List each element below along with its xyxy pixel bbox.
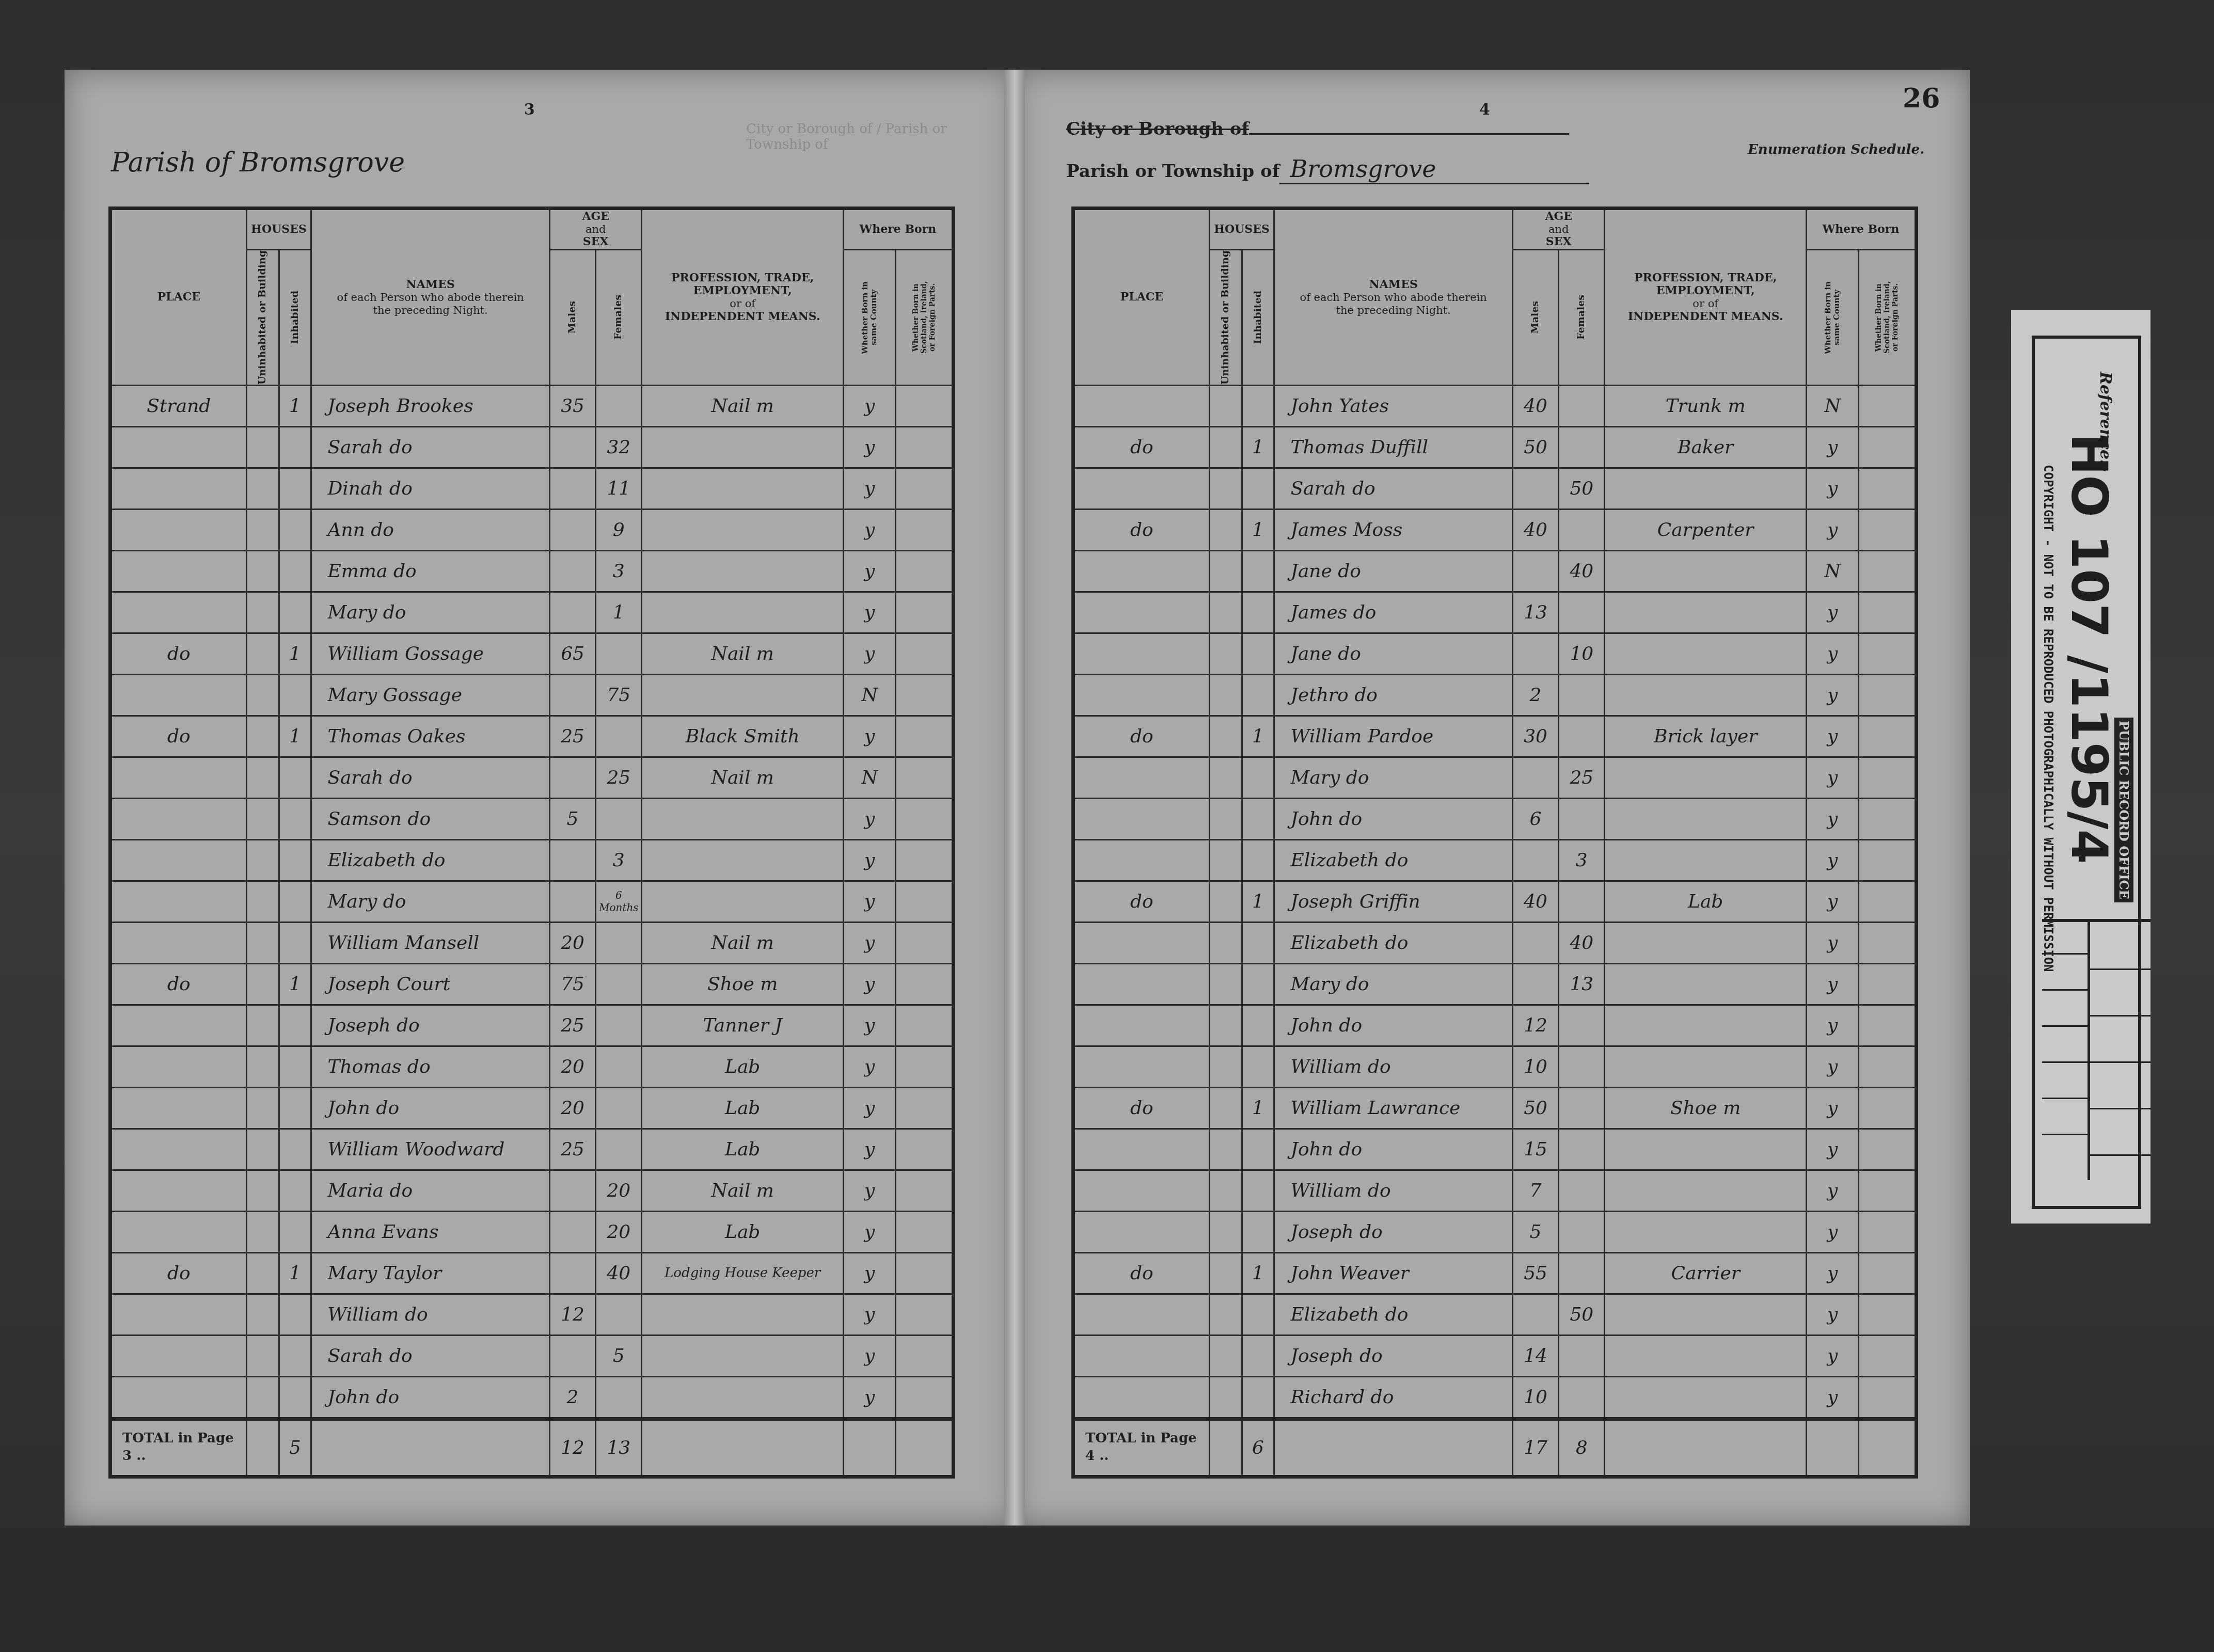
row-male-age: 12 — [1512, 1005, 1558, 1046]
col-born-abroad: Whether Born in Scotland, Ireland, or Fo… — [896, 249, 954, 385]
row-born-abroad — [896, 1170, 954, 1211]
row-uninhabited — [246, 922, 279, 963]
row-inhabited — [279, 592, 311, 633]
table-row: William do10y — [1073, 1046, 1917, 1087]
row-place — [1073, 1376, 1210, 1419]
row-profession — [642, 550, 843, 592]
row-female-age — [596, 1046, 642, 1087]
table-row: Elizabeth do3y — [1073, 839, 1917, 881]
row-name: William do — [1274, 1170, 1512, 1211]
row-name: William Gossage — [311, 633, 549, 674]
row-inhabited — [279, 1170, 311, 1211]
row-name: Joseph do — [311, 1005, 549, 1046]
col-where-born: Where Born — [843, 209, 953, 250]
row-place — [110, 509, 247, 550]
row-female-age — [596, 963, 642, 1005]
col-place: PLACE — [1073, 209, 1210, 386]
row-female-age — [1559, 1252, 1605, 1294]
row-place — [110, 798, 247, 839]
col-inhabited: Inhabited — [279, 249, 311, 385]
row-inhabited: 1 — [279, 633, 311, 674]
row-female-age — [1559, 385, 1605, 426]
row-male-age: 2 — [1512, 674, 1558, 716]
row-male-age: 35 — [549, 385, 595, 426]
uninhabited-label: Uninhabited or Building — [1220, 250, 1231, 385]
row-born-county: y — [843, 798, 895, 839]
row-male-age — [549, 839, 595, 881]
row-inhabited — [279, 1005, 311, 1046]
row-name: William Pardoe — [1274, 716, 1512, 757]
total-profession — [642, 1419, 843, 1476]
table-row: Emma do3y — [110, 550, 954, 592]
row-inhabited: 1 — [279, 716, 311, 757]
row-name: Sarah do — [311, 1335, 549, 1376]
row-born-abroad — [1859, 509, 1917, 550]
row-name: Emma do — [311, 550, 549, 592]
row-born-abroad — [896, 1294, 954, 1335]
row-profession: Nail m — [642, 757, 843, 798]
row-place — [110, 468, 247, 509]
row-inhabited — [279, 1376, 311, 1419]
row-place — [1073, 1294, 1210, 1335]
table-row: Jane do10y — [1073, 633, 1917, 674]
row-born-abroad — [896, 1376, 954, 1419]
row-inhabited — [1242, 592, 1274, 633]
row-place: do — [1073, 1252, 1210, 1294]
row-profession: Nail m — [642, 1170, 843, 1211]
total-label: TOTAL in Page 4 .. — [1073, 1419, 1210, 1476]
row-profession — [1605, 757, 1806, 798]
names-title: NAMES — [312, 278, 548, 291]
row-born-abroad — [1859, 550, 1917, 592]
table-row: Ann do9y — [110, 509, 954, 550]
females-label: Females — [613, 295, 624, 340]
row-inhabited — [279, 798, 311, 839]
census-table-right: PLACE HOUSES NAMESof each Person who abo… — [1071, 206, 1918, 1479]
row-profession — [1605, 592, 1806, 633]
row-uninhabited — [1209, 550, 1242, 592]
row-female-age: 50 — [1559, 468, 1605, 509]
row-born-abroad — [896, 426, 954, 468]
row-uninhabited — [246, 550, 279, 592]
row-female-age: 9 — [596, 509, 642, 550]
row-profession: Trunk m — [1605, 385, 1806, 426]
row-name: William Woodward — [311, 1129, 549, 1170]
row-profession — [1605, 1129, 1806, 1170]
row-male-age — [549, 592, 595, 633]
row-profession — [1605, 468, 1806, 509]
born-county-label: Whether Born in same County — [1824, 276, 1842, 359]
row-inhabited: 1 — [279, 1252, 311, 1294]
census-table-left: PLACE HOUSES NAMESof each Person who abo… — [108, 206, 955, 1479]
total-names — [311, 1419, 549, 1476]
row-profession: Lab — [642, 1046, 843, 1087]
table-row: Thomas do20Laby — [110, 1046, 954, 1087]
row-uninhabited — [1209, 592, 1242, 633]
row-female-age — [596, 633, 642, 674]
row-uninhabited — [246, 1294, 279, 1335]
table-row: Jane do40N — [1073, 550, 1917, 592]
row-male-age: 30 — [1512, 716, 1558, 757]
row-born-abroad — [1859, 1252, 1917, 1294]
row-born-abroad — [896, 922, 954, 963]
prof-line3: or of — [1605, 297, 1805, 310]
row-born-county: y — [843, 426, 895, 468]
row-name: Thomas do — [311, 1046, 549, 1087]
row-male-age — [549, 1252, 595, 1294]
row-male-age — [1512, 757, 1558, 798]
row-male-age: 10 — [1512, 1046, 1558, 1087]
row-inhabited — [279, 1335, 311, 1376]
col-place: PLACE — [110, 209, 247, 386]
row-born-abroad — [1859, 1129, 1917, 1170]
row-inhabited: 1 — [1242, 1087, 1274, 1129]
row-name: William do — [1274, 1046, 1512, 1087]
row-uninhabited — [246, 1129, 279, 1170]
total-uninhabited — [246, 1419, 279, 1476]
row-name: Joseph Court — [311, 963, 549, 1005]
row-male-age — [1512, 922, 1558, 963]
row-male-age: 50 — [1512, 426, 1558, 468]
males-label: Males — [1530, 301, 1541, 333]
row-female-age — [1559, 592, 1605, 633]
row-female-age: 50 — [1559, 1294, 1605, 1335]
row-male-age — [549, 426, 595, 468]
row-male-age — [549, 1170, 595, 1211]
row-inhabited — [1242, 468, 1274, 509]
row-uninhabited — [1209, 1170, 1242, 1211]
row-female-age — [596, 1129, 642, 1170]
row-born-county: y — [1806, 426, 1858, 468]
row-born-county: y — [1806, 963, 1858, 1005]
row-male-age: 20 — [549, 1046, 595, 1087]
row-place — [1073, 1335, 1210, 1376]
table-row: Richard do10y — [1073, 1376, 1917, 1419]
sex-label: SEX — [550, 235, 641, 248]
row-born-abroad — [1859, 633, 1917, 674]
row-inhabited — [1242, 1129, 1274, 1170]
row-name: Jethro do — [1274, 674, 1512, 716]
col-males: Males — [549, 249, 595, 385]
row-name: William Lawrance — [1274, 1087, 1512, 1129]
row-name: Mary do — [1274, 757, 1512, 798]
row-profession — [1605, 1211, 1806, 1252]
row-born-abroad — [896, 468, 954, 509]
row-born-abroad — [1859, 757, 1917, 798]
and-label: and — [550, 223, 641, 235]
row-male-age: 40 — [1512, 385, 1558, 426]
table-row: James do13y — [1073, 592, 1917, 633]
table-row: do1William Gossage65Nail my — [110, 633, 954, 674]
row-uninhabited — [1209, 674, 1242, 716]
ruler-tick — [2090, 1061, 2150, 1063]
row-uninhabited — [1209, 1046, 1242, 1087]
row-female-age — [596, 798, 642, 839]
row-profession — [642, 1294, 843, 1335]
row-name: Sarah do — [311, 426, 549, 468]
city-borough-line: City or Borough of — [1066, 119, 1569, 139]
row-born-county: N — [1806, 385, 1858, 426]
row-place — [1073, 633, 1210, 674]
row-born-county: y — [1806, 839, 1858, 881]
ruler-tick — [2042, 1025, 2088, 1027]
females-label: Females — [1576, 295, 1587, 340]
total-born — [843, 1419, 895, 1476]
inhabited-label: Inhabited — [1253, 291, 1264, 344]
row-inhabited: 1 — [1242, 716, 1274, 757]
row-inhabited: 1 — [1242, 1252, 1274, 1294]
row-profession — [1605, 1005, 1806, 1046]
prof-line4: INDEPENDENT MEANS. — [1605, 310, 1805, 323]
row-profession: Nail m — [642, 385, 843, 426]
row-female-age — [596, 922, 642, 963]
prof-line2: EMPLOYMENT, — [642, 284, 842, 297]
copyright-notice: COPYRIGHT - NOT TO BE REPRODUCED PHOTOGR… — [2041, 465, 2055, 972]
row-uninhabited — [1209, 1005, 1242, 1046]
names-sub1: of each Person who abode therein — [312, 291, 548, 304]
row-born-abroad — [1859, 1376, 1917, 1419]
row-born-county: y — [843, 633, 895, 674]
total-label: TOTAL in Page 3 .. — [110, 1419, 247, 1476]
row-place — [110, 1335, 247, 1376]
row-place — [110, 426, 247, 468]
row-female-age: 3 — [596, 839, 642, 881]
table-row: Anna Evans20Laby — [110, 1211, 954, 1252]
row-place — [110, 1170, 247, 1211]
row-profession — [1605, 633, 1806, 674]
prof-line3: or of — [642, 297, 842, 310]
row-born-abroad — [896, 1335, 954, 1376]
row-female-age: 13 — [1559, 963, 1605, 1005]
table-row: John Yates40Trunk mN — [1073, 385, 1917, 426]
ruler-tick — [2042, 1061, 2088, 1063]
row-male-age: 7 — [1512, 1170, 1558, 1211]
row-inhabited — [279, 881, 311, 922]
row-uninhabited — [1209, 1252, 1242, 1294]
row-name: Joseph Brookes — [311, 385, 549, 426]
row-born-county: y — [843, 1335, 895, 1376]
row-inhabited — [279, 1087, 311, 1129]
parish-value: Bromsgrove — [1279, 155, 1589, 184]
total-born-abroad — [896, 1419, 954, 1476]
total-males: 12 — [549, 1419, 595, 1476]
table-row: Samson do5y — [110, 798, 954, 839]
row-inhabited: 1 — [1242, 881, 1274, 922]
page-number: 3 — [524, 101, 535, 119]
total-born — [1806, 1419, 1858, 1476]
row-name: John do — [311, 1376, 549, 1419]
row-male-age: 15 — [1512, 1129, 1558, 1170]
row-born-county: y — [1806, 592, 1858, 633]
row-uninhabited — [246, 1335, 279, 1376]
born-abroad-label: Whether Born in Scotland, Ireland, or Fo… — [912, 276, 937, 359]
col-born-county: Whether Born in same County — [843, 249, 895, 385]
parish-line: Parish or Township ofBromsgrove — [1066, 155, 1589, 184]
row-profession — [642, 881, 843, 922]
row-name: Elizabeth do — [1274, 839, 1512, 881]
prof-line1: PROFESSION, TRADE, — [642, 272, 842, 284]
ruler-tick — [2042, 1134, 2088, 1135]
row-born-county: y — [1806, 674, 1858, 716]
row-born-county: y — [843, 922, 895, 963]
row-born-abroad — [896, 1005, 954, 1046]
row-female-age — [1559, 1005, 1605, 1046]
table-row: do1William Lawrance50Shoe my — [1073, 1087, 1917, 1129]
table-row: do1Joseph Court75Shoe my — [110, 963, 954, 1005]
row-male-age: 55 — [1512, 1252, 1558, 1294]
col-names: NAMESof each Person who abode thereinthe… — [1274, 209, 1512, 386]
row-inhabited — [279, 426, 311, 468]
row-born-county: y — [1806, 1252, 1858, 1294]
office-stamp: PUBLIC RECORD OFFICE — [2114, 718, 2133, 902]
ruler-tick — [2090, 1015, 2150, 1016]
row-inhabited — [1242, 839, 1274, 881]
row-name: Mary Gossage — [311, 674, 549, 716]
row-profession — [1605, 798, 1806, 839]
row-born-county: y — [843, 1046, 895, 1087]
row-born-county: y — [1806, 1294, 1858, 1335]
row-place — [1073, 674, 1210, 716]
row-place — [1073, 963, 1210, 1005]
row-profession: Shoe m — [1605, 1087, 1806, 1129]
row-profession: Baker — [1605, 426, 1806, 468]
ruler-tick — [2042, 1098, 2088, 1099]
row-male-age — [1512, 1294, 1558, 1335]
row-place — [1073, 1129, 1210, 1170]
row-place — [1073, 468, 1210, 509]
row-female-age — [1559, 674, 1605, 716]
table-row: William Mansell20Nail my — [110, 922, 954, 963]
row-name: John do — [1274, 1005, 1512, 1046]
row-inhabited — [1242, 1046, 1274, 1087]
row-uninhabited — [246, 592, 279, 633]
row-inhabited — [1242, 1376, 1274, 1419]
names-sub2: the preceding Night. — [312, 304, 548, 316]
city-label: City or Borough of — [1066, 119, 1249, 139]
row-uninhabited — [246, 716, 279, 757]
row-male-age: 25 — [549, 1129, 595, 1170]
row-born-abroad — [1859, 798, 1917, 839]
row-uninhabited — [246, 426, 279, 468]
row-inhabited — [279, 1129, 311, 1170]
row-inhabited — [1242, 385, 1274, 426]
row-uninhabited — [1209, 716, 1242, 757]
row-born-abroad — [896, 798, 954, 839]
total-row: TOTAL in Page 3 ..51213 — [110, 1419, 954, 1476]
row-uninhabited — [246, 509, 279, 550]
scale-ruler — [2042, 919, 2150, 1180]
row-uninhabited — [246, 1046, 279, 1087]
row-born-abroad — [896, 1129, 954, 1170]
row-male-age: 40 — [1512, 509, 1558, 550]
uninhabited-label: Uninhabited or Building — [257, 250, 268, 385]
row-female-age: 20 — [596, 1211, 642, 1252]
row-inhabited — [1242, 674, 1274, 716]
row-profession: Lodging House Keeper — [642, 1252, 843, 1294]
row-place — [1073, 1005, 1210, 1046]
row-born-county: y — [843, 1252, 895, 1294]
row-born-abroad — [896, 716, 954, 757]
row-place: do — [1073, 509, 1210, 550]
row-uninhabited — [1209, 385, 1242, 426]
row-male-age — [1512, 839, 1558, 881]
row-profession — [1605, 922, 1806, 963]
folio-number: 26 — [1903, 83, 1940, 114]
row-born-abroad — [896, 592, 954, 633]
table-row: Dinah do11y — [110, 468, 954, 509]
row-inhabited — [1242, 963, 1274, 1005]
row-place: do — [1073, 881, 1210, 922]
row-female-age: 32 — [596, 426, 642, 468]
row-born-county: y — [843, 468, 895, 509]
row-place — [110, 1087, 247, 1129]
row-born-county: y — [1806, 798, 1858, 839]
row-born-county: y — [843, 1376, 895, 1419]
row-born-county: N — [1806, 550, 1858, 592]
table-row: Sarah do25Nail mN — [110, 757, 954, 798]
row-male-age: 5 — [1512, 1211, 1558, 1252]
row-profession — [642, 468, 843, 509]
table-row: do1James Moss40Carpentery — [1073, 509, 1917, 550]
row-born-county: y — [843, 550, 895, 592]
row-born-abroad — [896, 633, 954, 674]
row-born-county: y — [1806, 468, 1858, 509]
col-houses: HOUSES — [1209, 209, 1274, 250]
row-name: Joseph do — [1274, 1211, 1512, 1252]
row-born-abroad — [896, 839, 954, 881]
row-uninhabited — [246, 1170, 279, 1211]
row-place — [1073, 592, 1210, 633]
table-row: Strand1Joseph Brookes35Nail my — [110, 385, 954, 426]
row-place — [1073, 1046, 1210, 1087]
row-inhabited — [1242, 1294, 1274, 1335]
row-inhabited — [1242, 922, 1274, 963]
row-inhabited — [279, 509, 311, 550]
table-row: do1Mary Taylor40Lodging House Keepery — [110, 1252, 954, 1294]
row-uninhabited — [1209, 468, 1242, 509]
row-place — [1073, 798, 1210, 839]
row-profession — [642, 839, 843, 881]
row-uninhabited — [246, 1376, 279, 1419]
row-place — [110, 674, 247, 716]
row-born-abroad — [1859, 1170, 1917, 1211]
col-profession: PROFESSION, TRADE,EMPLOYMENT,or ofINDEPE… — [1605, 209, 1806, 386]
row-profession — [1605, 963, 1806, 1005]
row-female-age — [596, 1005, 642, 1046]
row-place — [110, 922, 247, 963]
total-inhabited: 5 — [279, 1419, 311, 1476]
row-profession: Nail m — [642, 633, 843, 674]
table-row: Joseph do5y — [1073, 1211, 1917, 1252]
row-born-county: y — [843, 1087, 895, 1129]
row-inhabited — [279, 468, 311, 509]
row-female-age — [1559, 1211, 1605, 1252]
row-born-county: y — [843, 839, 895, 881]
row-profession: Lab — [1605, 881, 1806, 922]
table-row: do1Thomas Oakes25Black Smithy — [110, 716, 954, 757]
row-born-abroad — [896, 674, 954, 716]
row-uninhabited — [1209, 1211, 1242, 1252]
col-profession: PROFESSION, TRADE,EMPLOYMENT,or ofINDEPE… — [642, 209, 843, 386]
row-male-age: 13 — [1512, 592, 1558, 633]
table-row: John do20Laby — [110, 1087, 954, 1129]
parish-label: Parish or Township of — [1066, 161, 1279, 182]
row-uninhabited — [1209, 757, 1242, 798]
total-row: TOTAL in Page 4 ..6178 — [1073, 1419, 1917, 1476]
row-place — [1073, 550, 1210, 592]
row-born-abroad — [1859, 1005, 1917, 1046]
row-male-age: 20 — [549, 922, 595, 963]
